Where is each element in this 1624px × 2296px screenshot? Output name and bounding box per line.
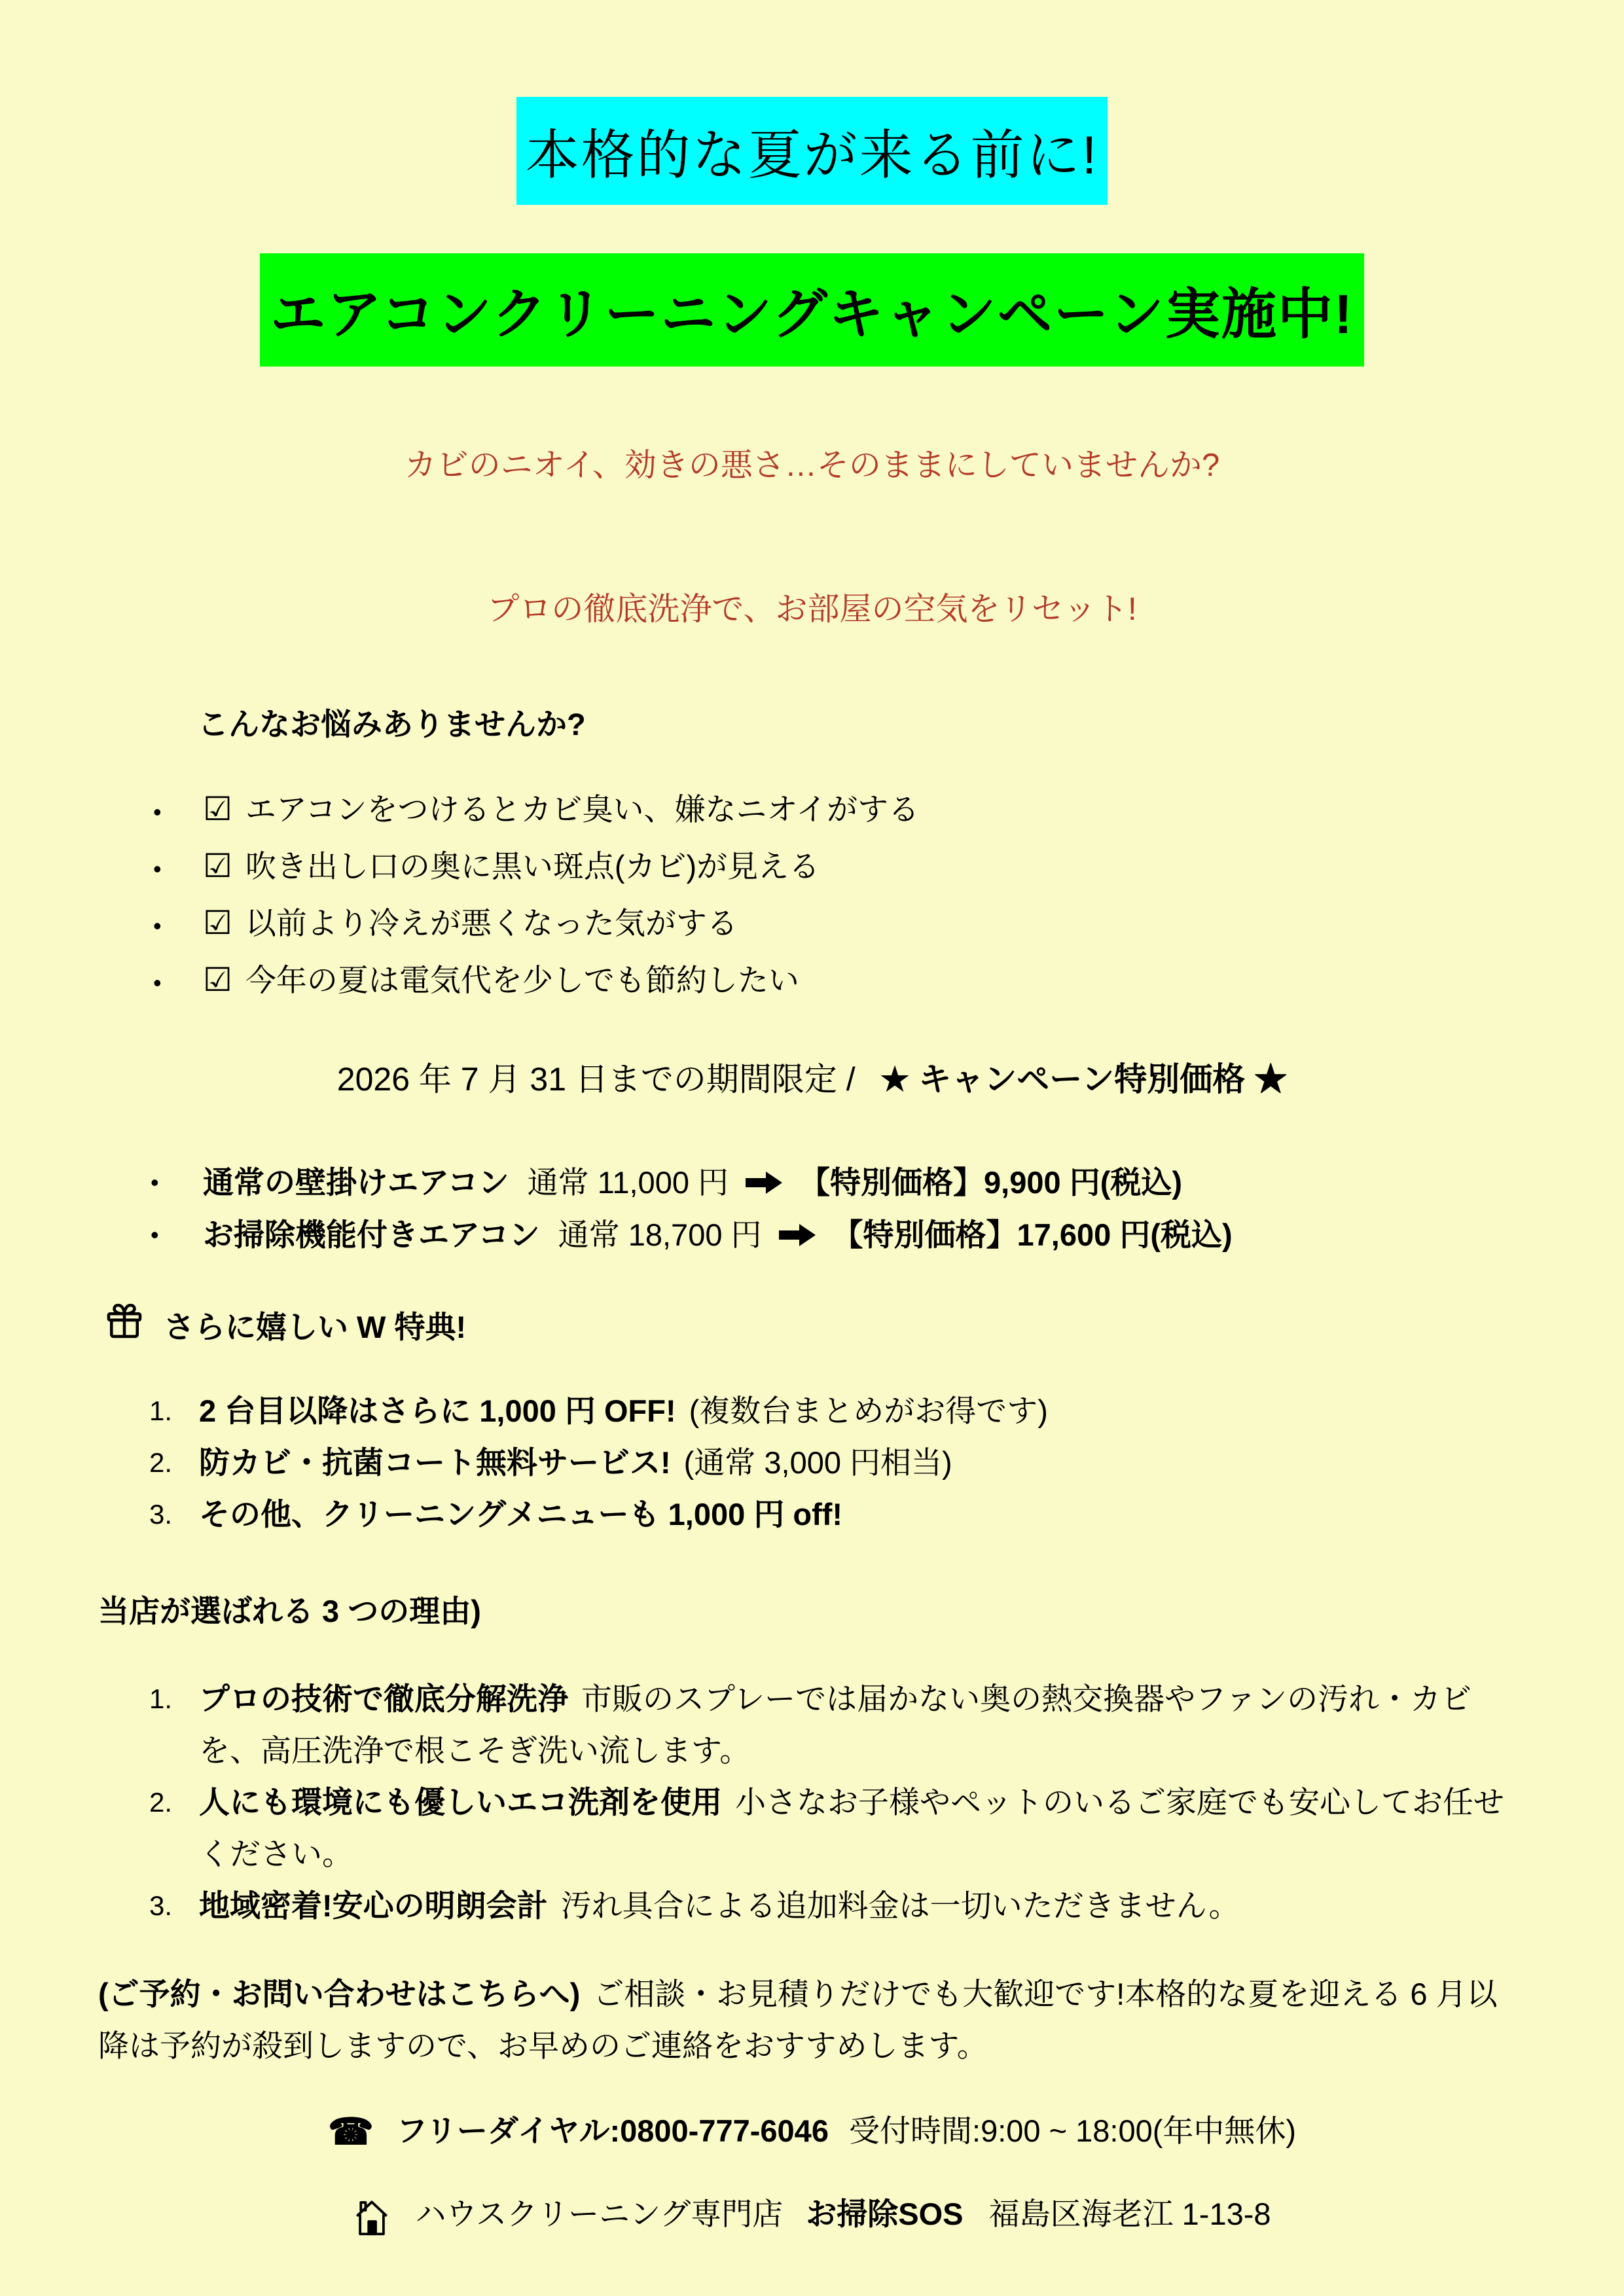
campaign-title-row: エアコンクリーニングキャンペーン実施中!: [98, 205, 1526, 367]
benefit-text: その他、クリーニングメニューも 1,000 円 off!: [199, 1488, 1526, 1540]
bullet-dot: •: [151, 1209, 203, 1261]
contact-paragraph: (ご予約・お問い合わせはこちらへ)ご相談・お見積りだけでも大歓迎です!本格的な夏…: [98, 1968, 1526, 2072]
bullet-dot: •: [153, 956, 203, 1010]
worries-list: • ☑ エアコンをつけるとカビ臭い、嫌なニオイがする • ☑ 吹き出し口の奥に黒…: [98, 782, 1526, 1010]
phone-row: ☎ フリーダイヤル:0800-777-6046 受付時間:9:00 ~ 18:0…: [98, 2107, 1526, 2153]
main-title-row: 本格的な夏が来る前に!: [98, 0, 1526, 205]
benefit-bold: その他、クリーニングメニューも 1,000 円 off!: [199, 1497, 842, 1532]
worry-item-label: 今年の夏は電気代を少しでも節約したい: [245, 954, 799, 1007]
price-list: • 通常の壁掛けエアコン 通常 11,000 円 【特別価格】9,900 円(税…: [98, 1157, 1526, 1261]
flyer-page: 本格的な夏が来る前に! エアコンクリーニングキャンペーン実施中! カビのニオイ、…: [0, 0, 1624, 2237]
reason-number: 1.: [149, 1673, 199, 1776]
reasons-list: 1. プロの技術で徹底分解洗浄市販のスプレーでは届かない奥の熱交換器やファンの汚…: [98, 1673, 1526, 1931]
shop-name: お掃除SOS: [806, 2197, 963, 2231]
shop-row: ハウスクリーニング専門店 お掃除SOS 福島区海老江 1-13-8: [98, 2190, 1526, 2237]
arrow-right-icon: [779, 1222, 816, 1248]
benefit-rest: (通常 3,000 円相当): [684, 1445, 952, 1480]
price-item: • 通常の壁掛けエアコン 通常 11,000 円 【特別価格】9,900 円(税…: [151, 1157, 1526, 1209]
bullet-dot: •: [153, 785, 203, 839]
benefit-number: 3.: [149, 1488, 199, 1540]
reason-bold: 地域密着!安心の明朗会計: [199, 1888, 548, 1923]
reasons-heading: 当店が選ばれる 3 つの理由): [98, 1587, 1526, 1631]
tagline-solution: プロの徹底洗浄で、お部屋の空気をリセット!: [98, 584, 1526, 630]
worry-item-label: 以前より冷えが悪くなった気がする: [245, 897, 738, 950]
reason-item: 1. プロの技術で徹底分解洗浄市販のスプレーでは届かない奥の熱交換器やファンの汚…: [149, 1673, 1526, 1776]
benefit-bold: 防カビ・抗菌コート無料サービス!: [199, 1445, 671, 1480]
benefit-text: 2 台目以降はさらに 1,000 円 OFF!(複数台まとめがお得です): [199, 1385, 1526, 1437]
bullet-dot: •: [151, 1157, 203, 1209]
benefit-bold: 2 台目以降はさらに 1,000 円 OFF!: [199, 1393, 676, 1428]
price-special: 【特別価格】17,600 円(税込): [833, 1209, 1233, 1261]
arrow-right-icon: [746, 1170, 782, 1196]
worry-item: • ☑ 以前より冷えが悪くなった気がする: [153, 896, 1526, 953]
house-icon: [353, 2197, 415, 2231]
checked-box-icon: ☑: [203, 953, 232, 1007]
checked-box-icon: ☑: [203, 896, 232, 950]
reason-bold: 人にも環境にも優しいエコ洗剤を使用: [199, 1785, 722, 1820]
shop-type: ハウスクリーニング専門店: [416, 2197, 784, 2231]
price-item-name: 通常の壁掛けエアコン: [203, 1157, 509, 1209]
worry-item: • ☑ エアコンをつけるとカビ臭い、嫌なニオイがする: [153, 782, 1526, 839]
benefit-item: 3. その他、クリーニングメニューも 1,000 円 off!: [149, 1488, 1526, 1540]
page-title-highlight: 本格的な夏が来る前に!: [516, 97, 1108, 205]
gift-icon: [103, 1300, 164, 1350]
phone-hours: 受付時間:9:00 ~ 18:00(年中無休): [849, 2113, 1296, 2148]
campaign-title-highlight: エアコンクリーニングキャンペーン実施中!: [260, 253, 1364, 367]
tagline-question: カビのニオイ、効きの悪さ…そのままにしていませんか?: [98, 440, 1526, 486]
campaign-period-row: 2026 年 7 月 31 日までの期間限定 / ★ キャンペーン特別価格 ★: [98, 1053, 1526, 1100]
reason-number: 3.: [149, 1880, 199, 1931]
reason-rest: 汚れ具合による追加料金は一切いただきません。: [561, 1888, 1240, 1923]
worry-item-label: エアコンをつけるとカビ臭い、嫌なニオイがする: [245, 783, 919, 836]
price-item-name: お掃除機能付きエアコン: [203, 1209, 540, 1261]
benefit-number: 2.: [149, 1437, 199, 1488]
benefits-list: 1. 2 台目以降はさらに 1,000 円 OFF!(複数台まとめがお得です) …: [98, 1385, 1526, 1540]
bullet-dot: •: [153, 842, 203, 896]
campaign-special-label: ★ キャンペーン特別価格 ★: [880, 1061, 1288, 1098]
worries-heading: こんなお悩みありませんか?: [198, 700, 1526, 744]
reason-item: 3. 地域密着!安心の明朗会計汚れ具合による追加料金は一切いただきません。: [149, 1880, 1526, 1931]
reason-text: 地域密着!安心の明朗会計汚れ具合による追加料金は一切いただきません。: [199, 1880, 1526, 1931]
contact-lead: (ご予約・お問い合わせはこちらへ): [98, 1977, 580, 2011]
reason-text: 人にも環境にも優しいエコ洗剤を使用小さなお子様やペットのいるご家庭でも安心してお…: [199, 1776, 1526, 1880]
checked-box-icon: ☑: [203, 782, 232, 836]
benefit-number: 1.: [149, 1385, 199, 1437]
price-special: 【特別価格】9,900 円(税込): [799, 1157, 1182, 1209]
reason-bold: プロの技術で徹底分解洗浄: [199, 1681, 568, 1716]
shop-address: 福島区海老江 1-13-8: [989, 2197, 1271, 2231]
reason-item: 2. 人にも環境にも優しいエコ洗剤を使用小さなお子様やペットのいるご家庭でも安心…: [149, 1776, 1526, 1880]
reason-number: 2.: [149, 1776, 199, 1880]
benefit-rest: (複数台まとめがお得です): [689, 1393, 1048, 1428]
benefit-text: 防カビ・抗菌コート無料サービス!(通常 3,000 円相当): [199, 1437, 1526, 1488]
worry-item: • ☑ 今年の夏は電気代を少しでも節約したい: [153, 953, 1526, 1010]
benefit-item: 1. 2 台目以降はさらに 1,000 円 OFF!(複数台まとめがお得です): [149, 1385, 1526, 1437]
price-normal: 通常 11,000 円: [528, 1157, 729, 1209]
bullet-dot: •: [153, 899, 203, 953]
phone-icon: ☎: [328, 2111, 374, 2152]
benefits-heading-row: さらに嬉しい W 特典!: [103, 1300, 1526, 1350]
worry-item-label: 吹き出し口の奥に黒い斑点(カビ)が見える: [245, 840, 820, 893]
benefits-heading: さらに嬉しい W 特典!: [164, 1303, 466, 1347]
worry-item: • ☑ 吹き出し口の奥に黒い斑点(カビ)が見える: [153, 839, 1526, 896]
reason-text: プロの技術で徹底分解洗浄市販のスプレーでは届かない奥の熱交換器やファンの汚れ・カ…: [199, 1673, 1526, 1776]
price-item: • お掃除機能付きエアコン 通常 18,700 円 【特別価格】17,600 円…: [151, 1209, 1526, 1261]
checked-box-icon: ☑: [203, 839, 232, 893]
phone-number: フリーダイヤル:0800-777-6046: [397, 2113, 829, 2148]
price-normal: 通常 18,700 円: [558, 1209, 762, 1261]
campaign-period: 2026 年 7 月 31 日までの期間限定 /: [337, 1061, 856, 1098]
benefit-item: 2. 防カビ・抗菌コート無料サービス!(通常 3,000 円相当): [149, 1437, 1526, 1488]
